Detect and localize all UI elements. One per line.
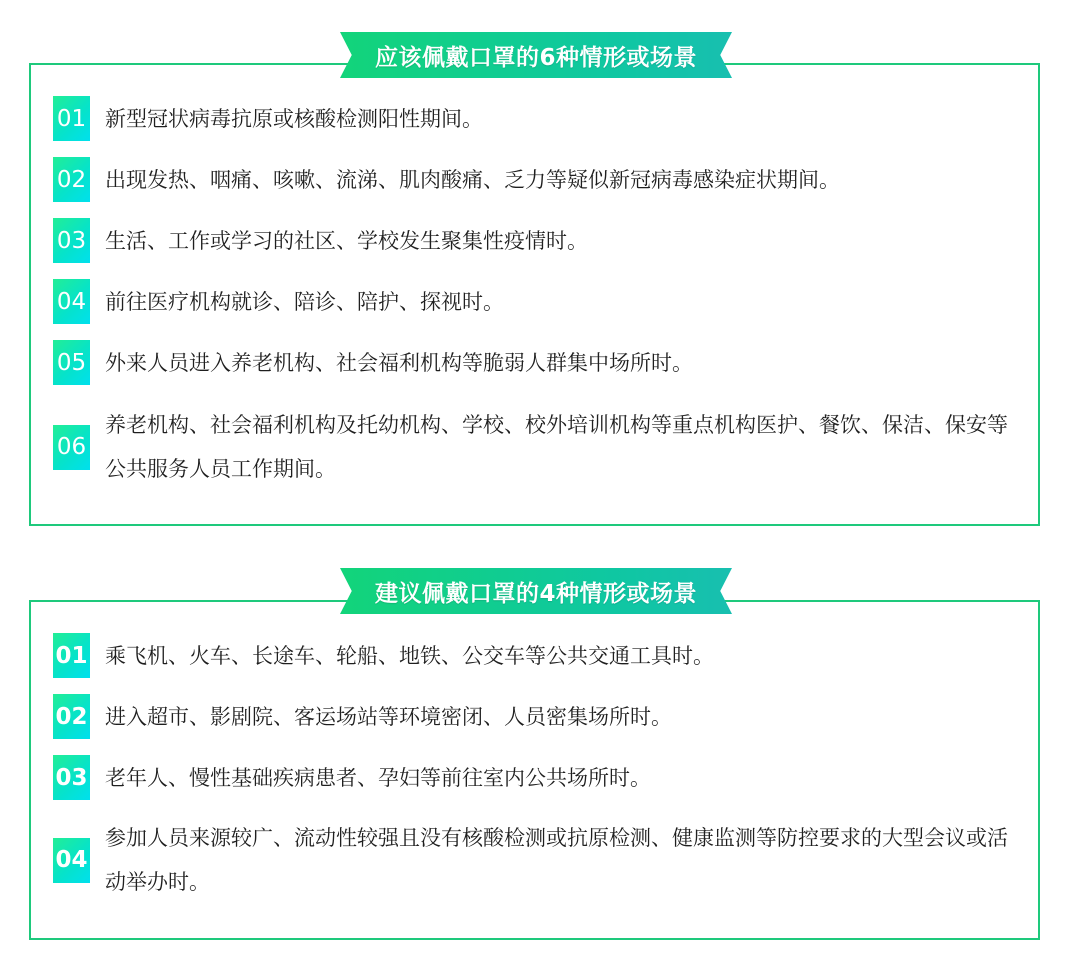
list-item: 04 前往医疗机构就诊、陪诊、陪护、探视时。 bbox=[53, 279, 1005, 324]
list-item: 06 养老机构、社会福利机构及托幼机构、学校、校外培训机构等重点机构医护、餐饮、… bbox=[53, 403, 1010, 491]
item-text: 养老机构、社会福利机构及托幼机构、学校、校外培训机构等重点机构医护、餐饮、保洁、… bbox=[105, 403, 1010, 491]
item-number-badge: 02 bbox=[53, 694, 90, 739]
item-number-badge: 03 bbox=[53, 755, 90, 800]
list-item: 01 乘飞机、火车、长途车、轮船、地铁、公交车等公共交通工具时。 bbox=[53, 633, 1005, 678]
list-item: 05 外来人员进入养老机构、社会福利机构等脆弱人群集中场所时。 bbox=[53, 340, 1005, 385]
item-text: 乘飞机、火车、长途车、轮船、地铁、公交车等公共交通工具时。 bbox=[105, 636, 1005, 676]
list-item: 03 老年人、慢性基础疾病患者、孕妇等前往室内公共场所时。 bbox=[53, 755, 1005, 800]
item-text: 进入超市、影剧院、客运场站等环境密闭、人员密集场所时。 bbox=[105, 697, 1005, 737]
item-number-badge: 05 bbox=[53, 340, 90, 385]
list-item: 01 新型冠状病毒抗原或核酸检测阳性期间。 bbox=[53, 96, 1005, 141]
list-item: 02 进入超市、影剧院、客运场站等环境密闭、人员密集场所时。 bbox=[53, 694, 1005, 739]
item-text: 外来人员进入养老机构、社会福利机构等脆弱人群集中场所时。 bbox=[105, 343, 1005, 383]
list-item: 04 参加人员来源较广、流动性较强且没有核酸检测或抗原检测、健康监测等防控要求的… bbox=[53, 816, 1010, 904]
section-1-title: 应该佩戴口罩的6种情形或场景 bbox=[375, 39, 697, 72]
item-number-badge: 06 bbox=[53, 425, 90, 470]
section-1-title-banner: 应该佩戴口罩的6种情形或场景 bbox=[340, 32, 732, 78]
section-2-title: 建议佩戴口罩的4种情形或场景 bbox=[375, 575, 697, 608]
item-text: 出现发热、咽痛、咳嗽、流涕、肌肉酸痛、乏力等疑似新冠病毒感染症状期间。 bbox=[105, 160, 1005, 200]
item-number-badge: 01 bbox=[53, 633, 90, 678]
item-text: 新型冠状病毒抗原或核酸检测阳性期间。 bbox=[105, 99, 1005, 139]
item-number-badge: 02 bbox=[53, 157, 90, 202]
item-text: 参加人员来源较广、流动性较强且没有核酸检测或抗原检测、健康监测等防控要求的大型会… bbox=[105, 816, 1010, 904]
item-number-badge: 04 bbox=[53, 838, 90, 883]
item-text: 前往医疗机构就诊、陪诊、陪护、探视时。 bbox=[105, 282, 1005, 322]
item-number-badge: 03 bbox=[53, 218, 90, 263]
section-2-title-banner: 建议佩戴口罩的4种情形或场景 bbox=[340, 568, 732, 614]
list-item: 02 出现发热、咽痛、咳嗽、流涕、肌肉酸痛、乏力等疑似新冠病毒感染症状期间。 bbox=[53, 157, 1005, 202]
item-number-badge: 01 bbox=[53, 96, 90, 141]
item-text: 老年人、慢性基础疾病患者、孕妇等前往室内公共场所时。 bbox=[105, 758, 1005, 798]
item-number-badge: 04 bbox=[53, 279, 90, 324]
list-item: 03 生活、工作或学习的社区、学校发生聚集性疫情时。 bbox=[53, 218, 1005, 263]
item-text: 生活、工作或学习的社区、学校发生聚集性疫情时。 bbox=[105, 221, 1005, 261]
